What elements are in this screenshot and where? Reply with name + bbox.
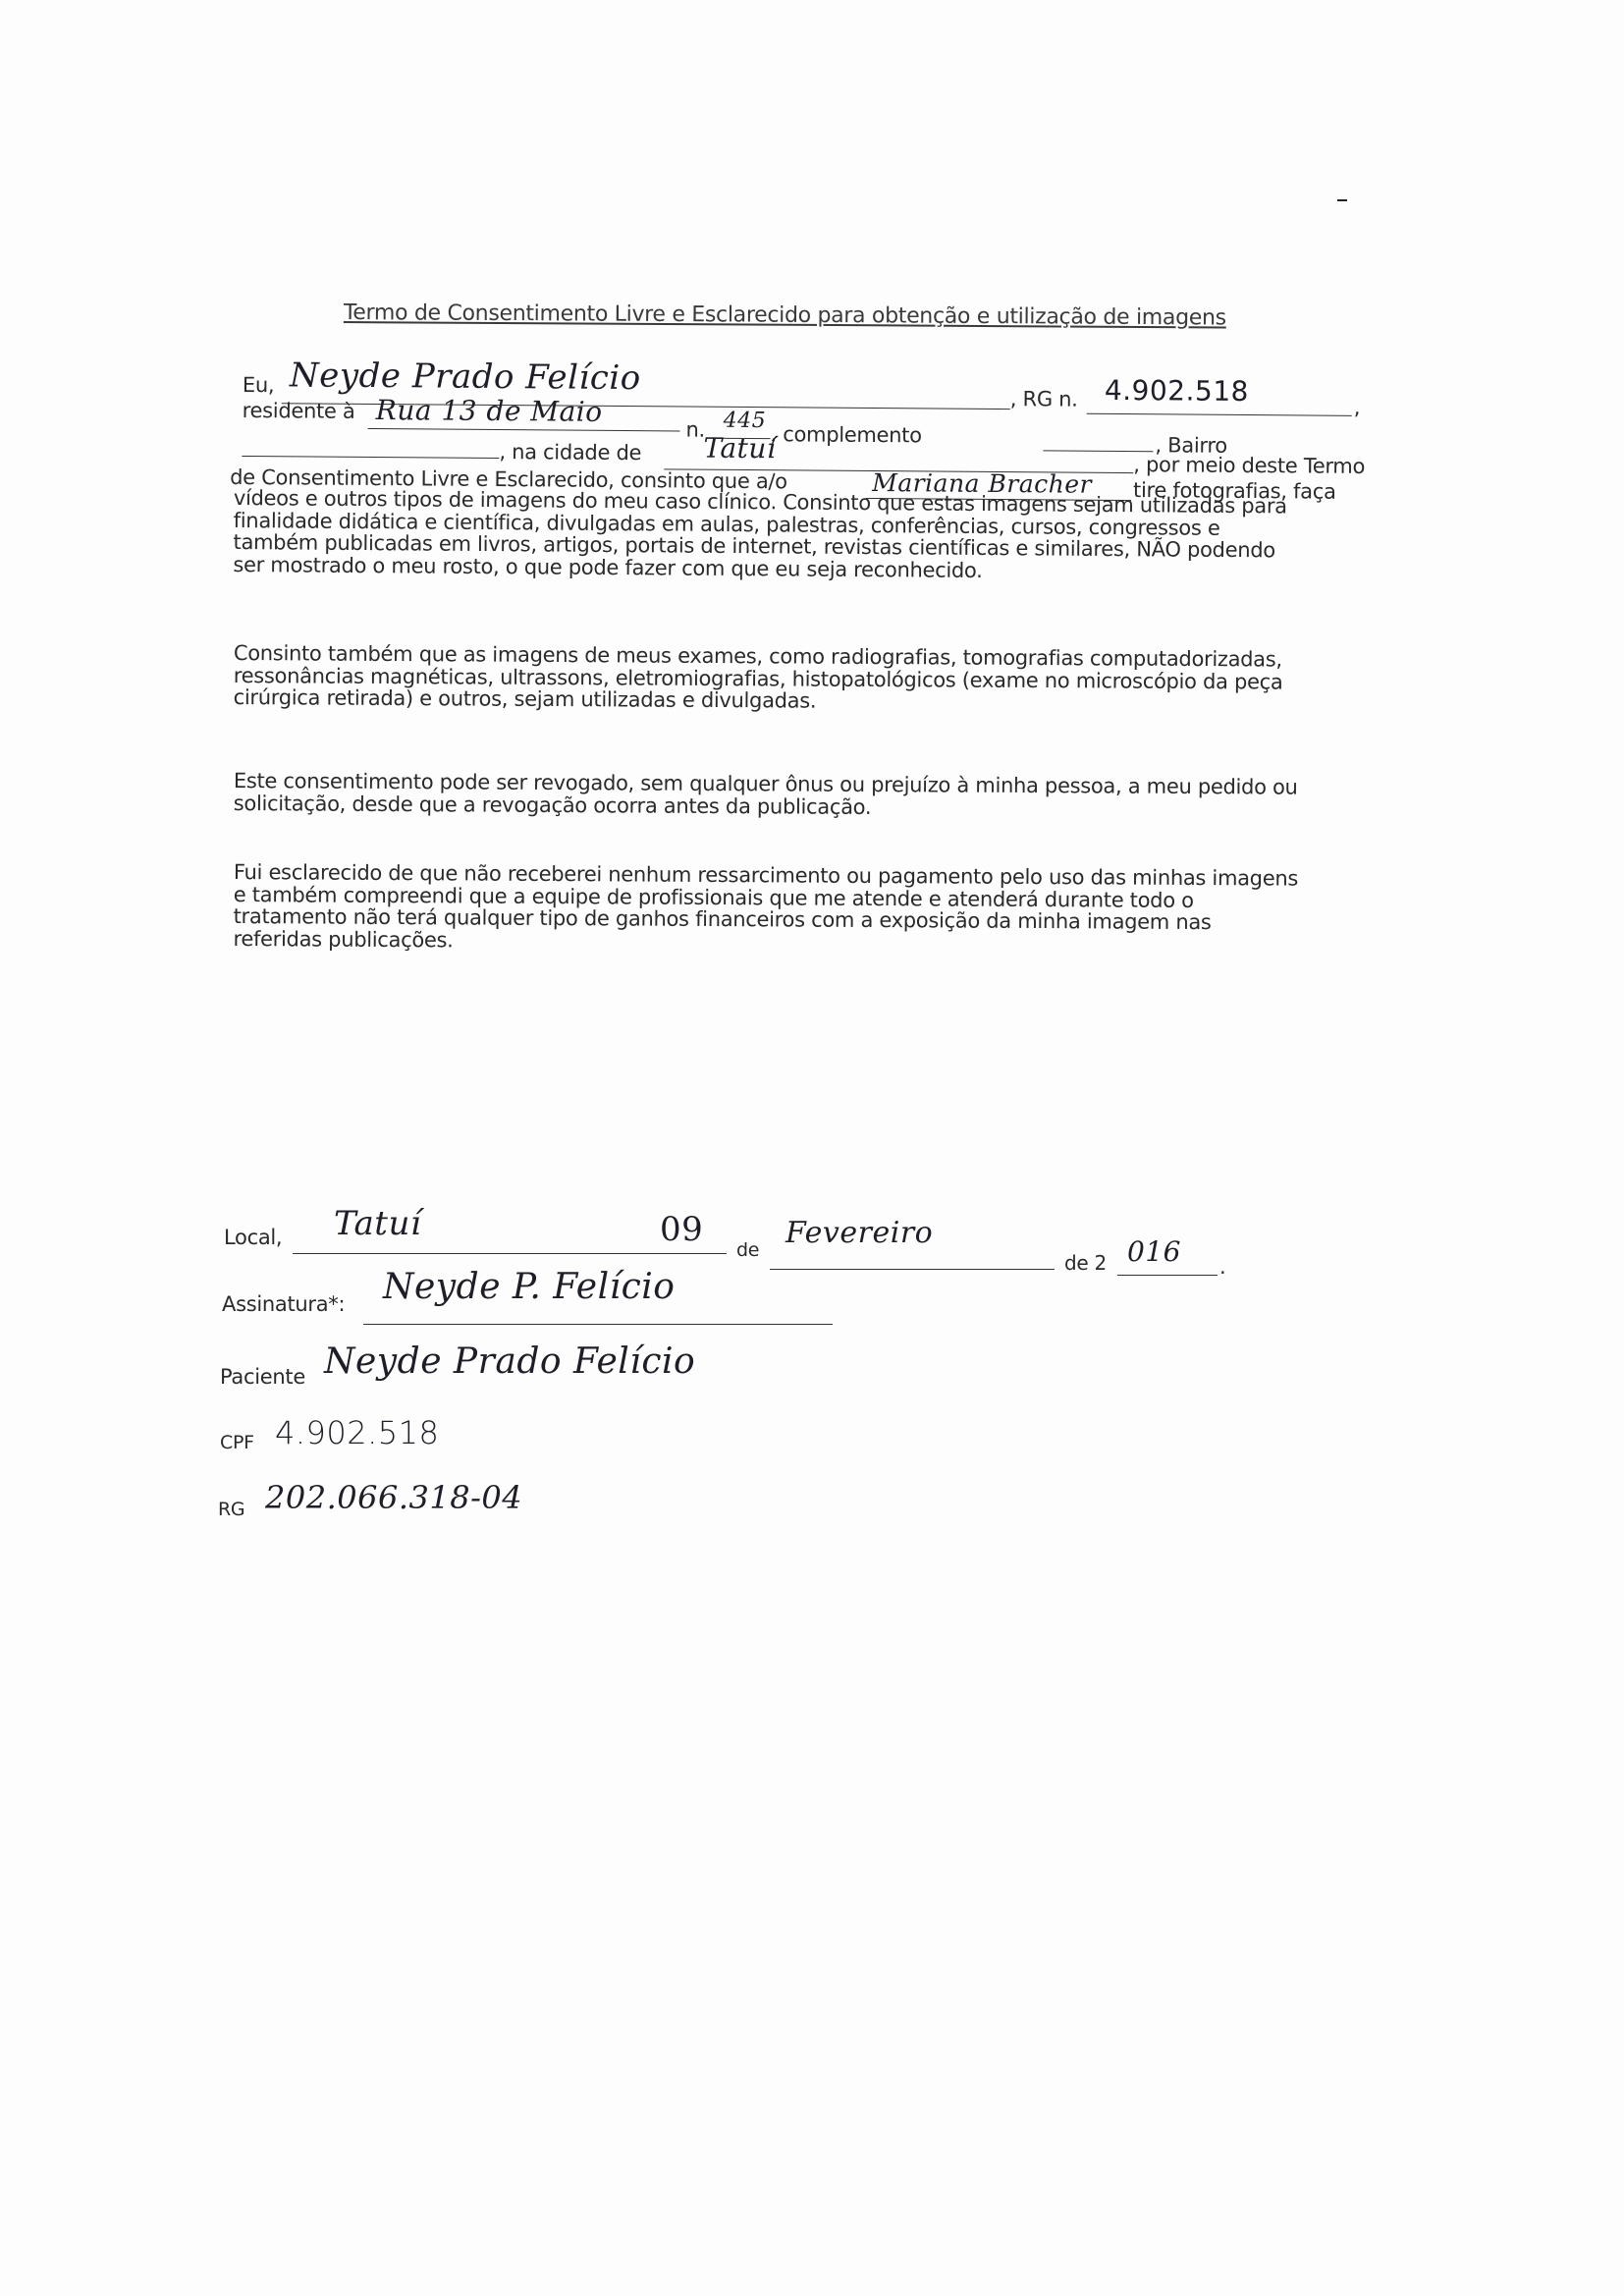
- complemento-label: , complemento: [770, 422, 921, 447]
- assinatura-label: Assinatura*:: [222, 1292, 345, 1316]
- residente-label: residente à: [243, 399, 355, 423]
- paragraph-exam-images: Consinto também que as imagens de meus e…: [234, 642, 1422, 716]
- rg-field-line: [1087, 413, 1352, 416]
- local-field[interactable]: Tatuí: [334, 1204, 421, 1243]
- year-field[interactable]: 016: [1127, 1235, 1181, 1268]
- local-label: Local,: [224, 1226, 282, 1249]
- scanned-consent-form-page: Termo de Consentimento Livre e Esclareci…: [0, 0, 1624, 2296]
- assinatura-field-line: [363, 1324, 833, 1325]
- month-field-line: [770, 1269, 1055, 1270]
- month-field[interactable]: Fevereiro: [785, 1216, 933, 1250]
- rg-field[interactable]: 4.902.518: [1105, 374, 1249, 408]
- name-field[interactable]: Neyde Prado Felício: [290, 355, 641, 398]
- street-field-line: [368, 428, 680, 431]
- cidade-field[interactable]: Tatuí: [703, 432, 776, 465]
- por-meio-label: , por meio deste Termo: [1133, 453, 1365, 478]
- eu-label: Eu,: [243, 373, 275, 397]
- year-field-line: [1117, 1275, 1218, 1276]
- rg-trailing-comma: ,: [1354, 396, 1361, 419]
- paragraph-image-usage: vídeos e outros tipos de imagens do meu …: [233, 487, 1422, 585]
- de-label-1: de: [736, 1239, 759, 1261]
- day-field[interactable]: 09: [660, 1210, 703, 1249]
- rg-label-bottom: RG: [218, 1499, 244, 1520]
- complemento-field-line: [1043, 450, 1153, 452]
- rg-label: , RG n.: [1010, 387, 1078, 411]
- paciente-field[interactable]: Neyde Prado Felício: [324, 1341, 695, 1382]
- signature-field[interactable]: Neyde P. Felício: [383, 1267, 675, 1307]
- cpf-label: CPF: [220, 1432, 254, 1453]
- paciente-label: Paciente: [220, 1365, 305, 1389]
- local-field-line: [293, 1253, 727, 1254]
- rg-field-bottom[interactable]: 202.066.318-04: [265, 1479, 522, 1516]
- bairro-field-line: [242, 456, 499, 459]
- cpf-field[interactable]: 4.902.518: [275, 1414, 439, 1451]
- paragraph-no-compensation: Fui esclarecido de que não receberei nen…: [233, 861, 1422, 957]
- street-field[interactable]: Rua 13 de Maio: [376, 394, 603, 428]
- number-field[interactable]: 445: [724, 409, 767, 433]
- number-label: n.: [685, 418, 705, 442]
- cidade-label: , na cidade de: [499, 440, 641, 465]
- paragraph-revocation: Este consentimento pode ser revogado, se…: [234, 770, 1422, 821]
- de-year-prefix: de 2: [1064, 1251, 1107, 1275]
- period: .: [1219, 1255, 1225, 1279]
